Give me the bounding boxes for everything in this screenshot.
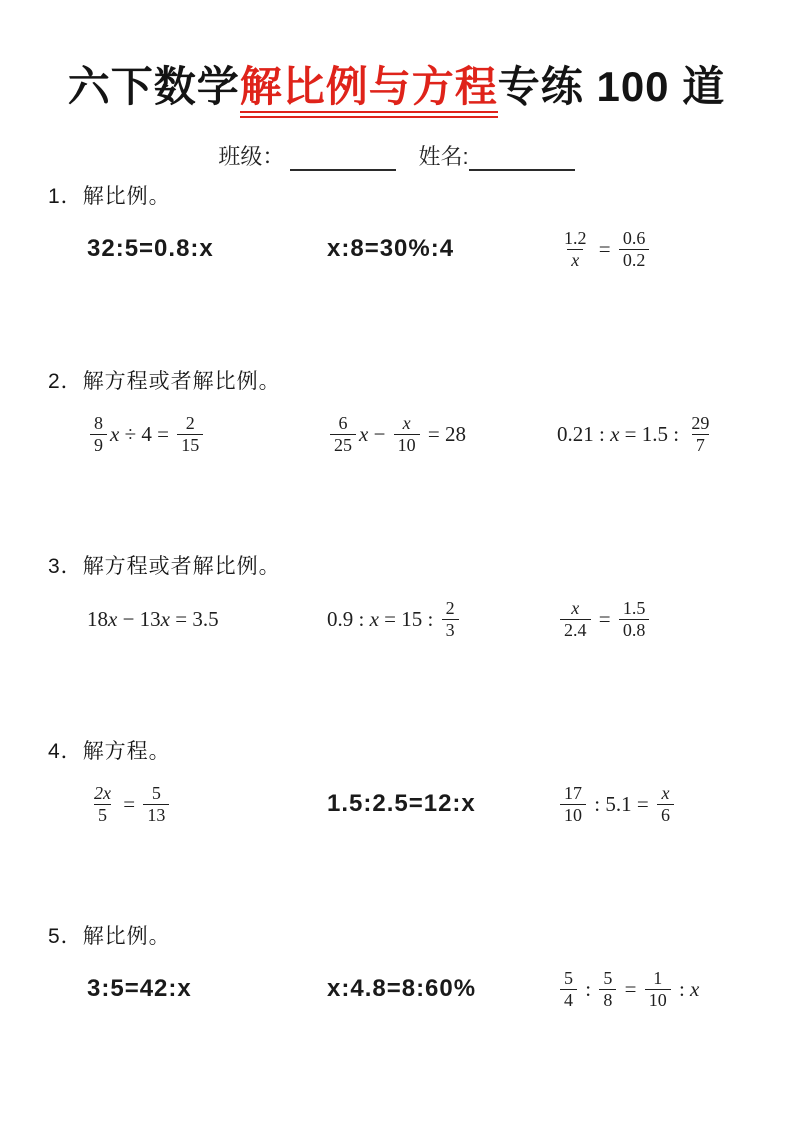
worksheet-title: 六下数学解比例与方程专练 100 道 bbox=[0, 54, 793, 114]
equation-text: = 1.5 : bbox=[619, 422, 684, 447]
equation-row: 3:5=42:xx:4.8=8:60%54 : 58 = 110 : x bbox=[0, 958, 793, 1020]
equation-text: 18 bbox=[87, 607, 108, 632]
fraction: x10 bbox=[394, 413, 420, 455]
problem-header: 1．解比例。 bbox=[48, 183, 793, 210]
equation-text: 32:5=0.8:x bbox=[87, 235, 214, 263]
class-label: 班级： bbox=[218, 140, 284, 171]
problem-header: 5．解比例。 bbox=[48, 923, 793, 950]
variable: x bbox=[610, 422, 619, 447]
variable: x bbox=[370, 607, 379, 632]
worksheet-page: 六下数学解比例与方程专练 100 道 班级： 姓名: 1．解比例。 32:5=0… bbox=[0, 0, 793, 1122]
problem-header: 3．解方程或者解比例。 bbox=[48, 553, 793, 580]
equation: x2.4 = 1.50.8 bbox=[557, 598, 793, 640]
fraction: 58 bbox=[599, 968, 616, 1010]
equation-text: x:4.8=8:60% bbox=[327, 975, 476, 1003]
name-line: 班级： 姓名: bbox=[0, 140, 793, 171]
problem-number: 3． bbox=[48, 555, 83, 578]
fraction: 1710 bbox=[560, 783, 586, 825]
equation: 1.2x = 0.60.2 bbox=[557, 228, 793, 270]
equation: x:4.8=8:60% bbox=[327, 975, 557, 1003]
problem-block: 4．解方程。 2x5 = 5131.5:2.5=12:x1710 : 5.1 =… bbox=[0, 738, 793, 923]
problem-block: 3．解方程或者解比例。 18x − 13x = 3.50.9 : x = 15 … bbox=[0, 553, 793, 738]
equation: 89x ÷ 4 = 215 bbox=[87, 413, 327, 455]
equation-text: : 5.1 = bbox=[589, 792, 654, 817]
problem-number: 1． bbox=[48, 185, 83, 208]
fraction: x2.4 bbox=[560, 598, 591, 640]
equation: 2x5 = 513 bbox=[87, 783, 327, 825]
fraction: 625 bbox=[330, 413, 356, 455]
fraction: 23 bbox=[442, 598, 459, 640]
equation-row: 2x5 = 5131.5:2.5=12:x1710 : 5.1 = x6 bbox=[0, 773, 793, 835]
fraction: 2x5 bbox=[90, 783, 115, 825]
variable: x bbox=[110, 422, 119, 447]
fraction: 297 bbox=[687, 413, 713, 455]
problem-number: 5． bbox=[48, 925, 83, 948]
equation: 0.9 : x = 15 : 23 bbox=[327, 598, 557, 640]
problem-label: 解比例。 bbox=[83, 185, 171, 208]
problem-header: 4．解方程。 bbox=[48, 738, 793, 765]
fraction: x6 bbox=[657, 783, 674, 825]
equation: 625x − x10 = 28 bbox=[327, 413, 557, 455]
variable: x bbox=[690, 977, 699, 1002]
equation-text: = 28 bbox=[423, 422, 466, 447]
equation: 18x − 13x = 3.5 bbox=[87, 607, 327, 632]
equation: 3:5=42:x bbox=[87, 975, 327, 1003]
equation: 1710 : 5.1 = x6 bbox=[557, 783, 793, 825]
equation-text: ÷ 4 = bbox=[119, 422, 174, 447]
name-label: 姓名: bbox=[418, 140, 468, 171]
fraction: 1.50.8 bbox=[619, 598, 650, 640]
problem-header: 2．解方程或者解比例。 bbox=[48, 368, 793, 395]
class-blank-field[interactable] bbox=[290, 147, 396, 171]
equation-text: : bbox=[580, 977, 596, 1002]
equation-row: 89x ÷ 4 = 215625x − x10 = 280.21 : x = 1… bbox=[0, 403, 793, 465]
title-prefix: 六下数学 bbox=[68, 63, 240, 110]
name-blank-field[interactable] bbox=[469, 147, 575, 171]
equation-text: = bbox=[594, 237, 616, 262]
variable: x bbox=[359, 422, 368, 447]
equation-text: = 15 : bbox=[379, 607, 439, 632]
fraction: 110 bbox=[645, 968, 671, 1010]
equation-text: − bbox=[368, 422, 390, 447]
problem-label: 解方程或者解比例。 bbox=[83, 370, 281, 393]
problem-block: 1．解比例。 32:5=0.8:xx:8=30%:41.2x = 0.60.2 bbox=[0, 183, 793, 368]
problem-label: 解方程。 bbox=[83, 740, 171, 763]
problem-number: 2． bbox=[48, 370, 83, 393]
variable: x bbox=[108, 607, 117, 632]
fraction: 513 bbox=[143, 783, 169, 825]
problem-block: 5．解比例。 3:5=42:xx:4.8=8:60%54 : 58 = 110 … bbox=[0, 923, 793, 1108]
fraction: 54 bbox=[560, 968, 577, 1010]
problem-number: 4． bbox=[48, 740, 83, 763]
variable: x bbox=[161, 607, 170, 632]
equation-row: 18x − 13x = 3.50.9 : x = 15 : 23x2.4 = 1… bbox=[0, 588, 793, 650]
equation-text: = bbox=[118, 792, 140, 817]
equation-text: 0.21 : bbox=[557, 422, 610, 447]
equation-text: = bbox=[619, 977, 641, 1002]
equation: x:8=30%:4 bbox=[327, 235, 557, 263]
equation: 1.5:2.5=12:x bbox=[327, 790, 557, 818]
problem-label: 解比例。 bbox=[83, 925, 171, 948]
title-suffix: 专练 100 道 bbox=[498, 63, 725, 110]
equation-row: 32:5=0.8:xx:8=30%:41.2x = 0.60.2 bbox=[0, 218, 793, 280]
equation-text: 0.9 : bbox=[327, 607, 370, 632]
fraction: 89 bbox=[90, 413, 107, 455]
equation: 0.21 : x = 1.5 : 297 bbox=[557, 413, 793, 455]
equation-text: = 3.5 bbox=[170, 607, 219, 632]
equation-text: = bbox=[594, 607, 616, 632]
equation-text: − 13 bbox=[117, 607, 160, 632]
fraction: 0.60.2 bbox=[619, 228, 650, 270]
title-highlight: 解比例与方程 bbox=[240, 63, 498, 118]
equation: 32:5=0.8:x bbox=[87, 235, 327, 263]
fraction: 1.2x bbox=[560, 228, 591, 270]
equation-text: 3:5=42:x bbox=[87, 975, 192, 1003]
equation-text: 1.5:2.5=12:x bbox=[327, 790, 476, 818]
problem-list: 1．解比例。 32:5=0.8:xx:8=30%:41.2x = 0.60.2 … bbox=[0, 183, 793, 1108]
problem-label: 解方程或者解比例。 bbox=[83, 555, 281, 578]
equation: 54 : 58 = 110 : x bbox=[557, 968, 793, 1010]
problem-block: 2．解方程或者解比例。 89x ÷ 4 = 215625x − x10 = 28… bbox=[0, 368, 793, 553]
equation-text: x:8=30%:4 bbox=[327, 235, 454, 263]
equation-text: : bbox=[674, 977, 690, 1002]
fraction: 215 bbox=[177, 413, 203, 455]
